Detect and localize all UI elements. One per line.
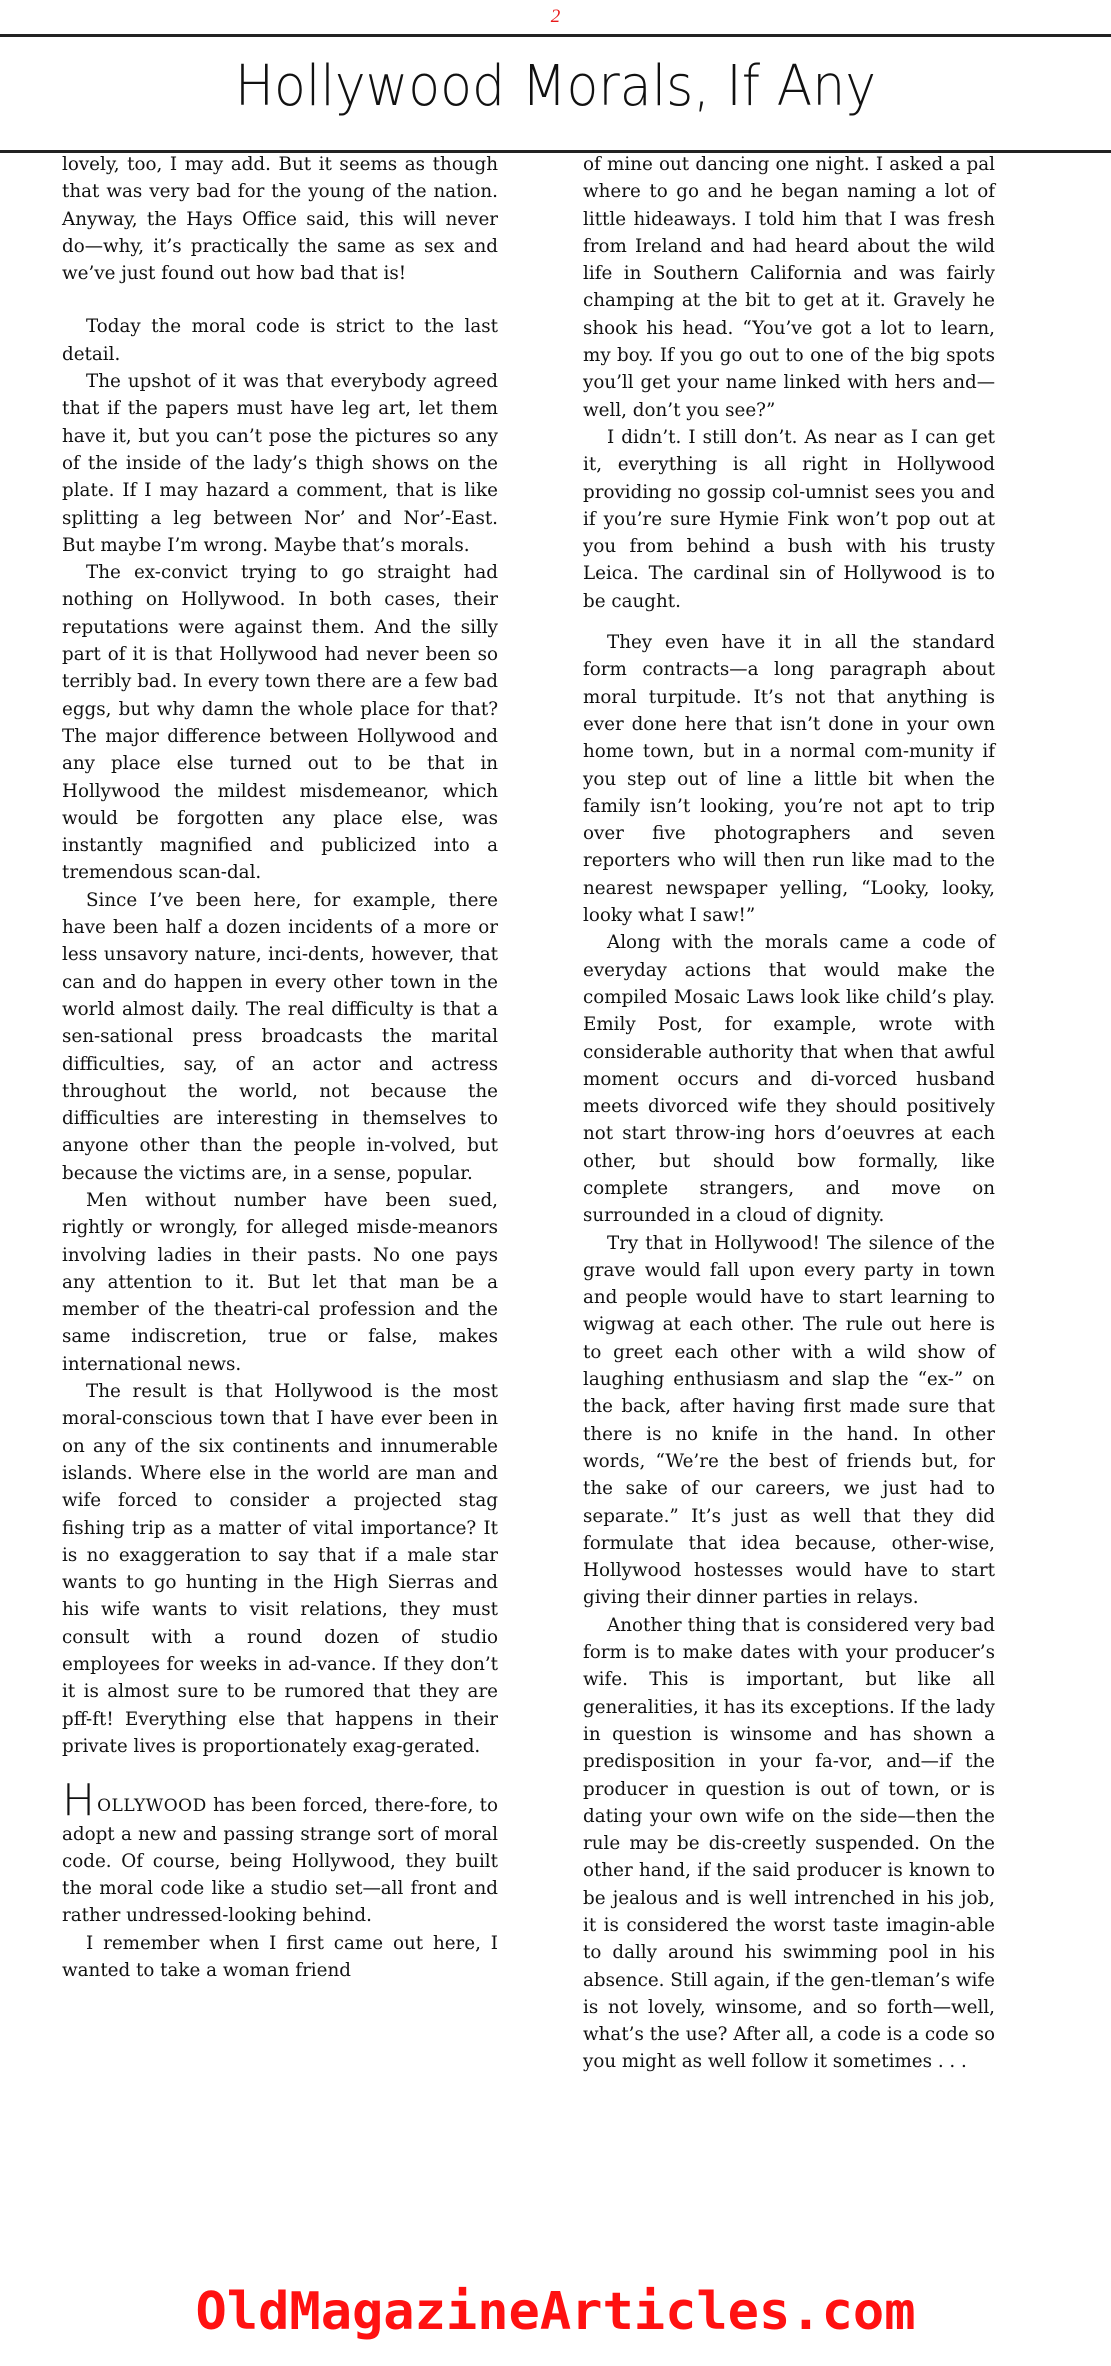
paragraph: The ex-convict trying to go straight had… xyxy=(62,559,498,887)
paragraph: I didn’t. I still don’t. As near as I ca… xyxy=(583,424,995,615)
header-rule-top xyxy=(0,34,1111,37)
right-column: of mine out dancing one night. I asked a… xyxy=(583,151,995,2076)
left-column: lovely, too, I may add. But it seems as … xyxy=(62,151,498,1984)
drop-cap: H xyxy=(62,1775,95,1826)
paragraph: Try that in Hollywood! The silence of th… xyxy=(583,1230,995,1612)
paragraph: lovely, too, I may add. But it seems as … xyxy=(62,151,498,287)
paragraph: of mine out dancing one night. I asked a… xyxy=(583,151,995,424)
article-title: Hollywood Morals, If Any xyxy=(39,54,1072,119)
site-watermark: OldMagazineArticles.com xyxy=(0,2282,1111,2342)
paragraph: They even have it in all the standard fo… xyxy=(583,629,995,929)
paragraph: Along with the morals came a code of eve… xyxy=(583,929,995,1229)
paragraph: I remember when I first came out here, I… xyxy=(62,1930,498,1985)
paragraph: The result is that Hollywood is the most… xyxy=(62,1378,498,1760)
paragraph: Today the moral code is strict to the la… xyxy=(62,313,498,368)
paragraph: Since I’ve been here, for example, there… xyxy=(62,887,498,1187)
paragraph: Another thing that is considered very ba… xyxy=(583,1612,995,2076)
small-caps-lead: OLLYWOOD xyxy=(97,1796,207,1816)
section-opening-paragraph: HOLLYWOOD has been forced, there-fore, t… xyxy=(62,1786,498,1929)
paragraph: Men without number have been sued, right… xyxy=(62,1187,498,1378)
paragraph: The upshot of it was that everybody agre… xyxy=(62,368,498,559)
page-number: 2 xyxy=(0,6,1111,28)
